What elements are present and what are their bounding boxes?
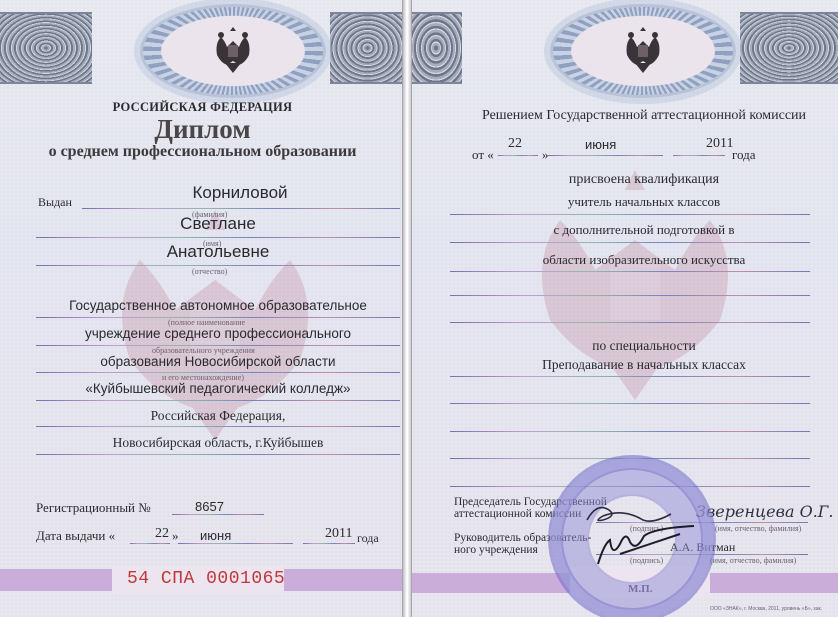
issue-day: 22: [155, 526, 169, 542]
field-line: [450, 242, 810, 243]
issue-date-label: Дата выдачи «: [36, 528, 115, 544]
decorative-band: [330, 12, 405, 84]
binding-cord: [402, 0, 412, 617]
surname-value: Корниловой: [80, 183, 400, 203]
field-line: [673, 155, 725, 156]
specialty-label: по специальности: [450, 338, 838, 354]
name-value: Светлане: [36, 214, 400, 234]
head-label-2: ного учреждения: [454, 544, 538, 556]
location-line-1: Российская Федерация,: [36, 408, 400, 424]
coat-of-arms-icon: [623, 23, 663, 79]
decorative-band: [740, 12, 838, 84]
field-line: [130, 543, 170, 544]
registration-label: Регистрационный №: [36, 500, 151, 516]
field-line: [450, 403, 810, 404]
field-line: [450, 376, 810, 377]
field-line: [498, 155, 538, 156]
field-line: [36, 400, 400, 401]
field-line: [36, 237, 400, 238]
emblem-frame: [550, 4, 736, 98]
emblem-frame: [140, 4, 326, 98]
decorative-band: [410, 12, 462, 84]
diploma-serial-number: 54 СПА 0001065: [127, 569, 285, 589]
field-line: [178, 543, 293, 544]
location-line-2: Новосибирская область, г.Куйбышев: [36, 435, 400, 451]
decision-year-suffix: года: [732, 147, 756, 163]
patronymic-caption: (отчество): [192, 267, 227, 276]
qualification-line-3: области изобразительного искусства: [450, 252, 838, 268]
decision-day: 22: [508, 136, 522, 152]
qualification-label: присвоена квалификация: [450, 172, 838, 188]
issue-year-suffix: года: [357, 531, 379, 546]
name-caption: (имя, отчество, фамилия): [710, 556, 796, 565]
issue-month: июня: [200, 528, 231, 543]
field-line: [548, 155, 663, 156]
registration-number: 8657: [195, 499, 224, 514]
decorative-band: [0, 12, 92, 84]
decision-month: июня: [585, 137, 616, 152]
printer-note: ООО «ЗНАК», г. Москва, 2011, уровень «Б»…: [710, 606, 822, 612]
diploma-left-page: РОССИЙСКАЯ ФЕДЕРАЦИЯ Диплом о среднем пр…: [0, 0, 405, 617]
diploma-subtitle: о среднем профессиональном образовании: [0, 143, 405, 161]
field-line: [36, 265, 400, 266]
coat-of-arms-icon: [213, 23, 253, 79]
issue-year: 2011: [325, 526, 352, 542]
commission-decision: Решением Государственной аттестационной …: [450, 108, 838, 124]
issued-label: Выдан: [38, 195, 72, 210]
decision-date-prefix: от «: [472, 147, 494, 163]
field-line: [450, 431, 810, 432]
field-line: [303, 543, 355, 544]
field-line: [450, 322, 810, 323]
country-heading: РОССИЙСКАЯ ФЕДЕРАЦИЯ: [0, 100, 405, 115]
issue-quote-close: »: [172, 528, 179, 544]
decision-year: 2011: [706, 136, 733, 152]
field-line: [450, 295, 810, 296]
head-signature-icon: [590, 524, 700, 568]
institution-line-4: «Куйбышевский педагогический колледж»: [36, 381, 400, 396]
institution-line-2: учреждение среднего профессионального: [36, 326, 400, 341]
field-line: [36, 454, 400, 455]
name-caption: (имя, отчество, фамилия): [715, 524, 801, 533]
field-line: [450, 214, 810, 215]
field-line: [172, 514, 264, 515]
institution-line-1: Государственное автономное образовательн…: [36, 298, 400, 313]
diploma-title: Диплом: [0, 114, 405, 145]
institution-line-3: образования Новосибирской области: [36, 354, 400, 369]
specialty-value: Преподавание в начальных классах: [450, 357, 838, 373]
qualification-line-1: учитель начальных классов: [450, 194, 838, 210]
field-line: [450, 271, 810, 272]
qualification-line-2: с дополнительной подготовкой в: [450, 222, 838, 238]
field-line: [82, 208, 400, 209]
patronymic-value: Анатольевне: [36, 242, 400, 262]
chairman-name: Зверенцева О.Г.: [696, 502, 833, 521]
field-line: [36, 426, 400, 427]
